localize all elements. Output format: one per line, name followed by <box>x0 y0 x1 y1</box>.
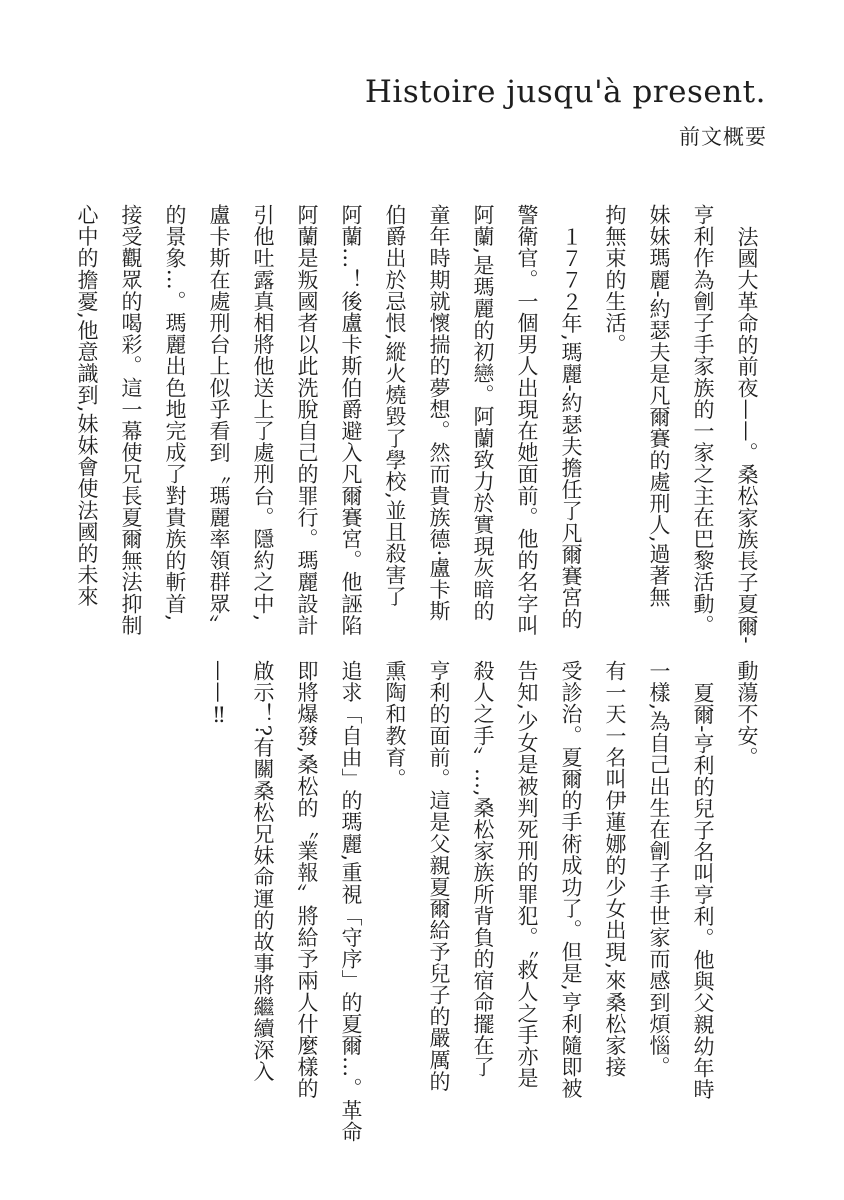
synopsis-column: 心中的擔憂,他意識到,妹妹會使法國的未來 <box>76 204 97 640</box>
page-subtitle: 前文概要 <box>679 121 767 151</box>
page-title: Histoire jusqu'à present. <box>365 74 766 110</box>
synopsis-column: 夏爾-亨利的兒子名叫亨利。他與父親幼年時 <box>692 660 713 1096</box>
synopsis-column: 阿蘭…！後盧卡斯伯爵避入凡爾賽宮。他誣陷 <box>340 204 361 640</box>
synopsis-column: 童年時期就懷揣的夢想。然而貴族德·盧卡斯 <box>428 204 449 640</box>
synopsis-column: 熏陶和教育。 <box>384 660 405 1096</box>
synopsis-lower-block: 動蕩不安。 夏爾-亨利的兒子名叫亨利。他與父親幼年時 一樣,為自己出生在劊子手世… <box>185 660 757 1096</box>
synopsis-column: 盧卡斯在處刑台上似乎看到〝瑪麗率領群眾〞 <box>208 204 229 640</box>
synopsis-column: 法國大革命的前夜——。桑松家族長子夏爾- <box>736 204 757 640</box>
synopsis-column: 阿蘭是叛國者以此洗脫自己的罪行。瑪麗設計 <box>296 204 317 640</box>
synopsis-column: 即將爆發,桑松的〝業報〞將給予兩人什麼樣的 <box>296 660 317 1096</box>
synopsis-column: 阿蘭,是瑪麗的初戀。阿蘭致力於實現灰暗的 <box>472 204 493 640</box>
synopsis-column: 引他吐露真相將他送上了處刑台。隱約之中, <box>252 204 273 640</box>
synopsis-column: 一樣,為自己出生在劊子手世家而感到煩惱。 <box>648 660 669 1096</box>
synopsis-upper-block: 法國大革命的前夜——。桑松家族長子夏爾- 亨利作為劊子手家族的一家之主在巴黎活動… <box>53 204 757 640</box>
synopsis-column: 殺人之手〞…,桑松家族所背負的宿命擺在了 <box>472 660 493 1096</box>
synopsis-column: 啟示！?有關桑松兄妹命運的故事將繼續深入 <box>252 660 273 1096</box>
synopsis-column: 拘無束的生活。 <box>604 204 625 640</box>
synopsis-column: 妹妹瑪麗-約瑟夫是凡爾賽的處刑人,過著無 <box>648 204 669 640</box>
synopsis-column: 亨利的面前。這是父親夏爾給予兒子的嚴厲的 <box>428 660 449 1096</box>
synopsis-column: 亨利作為劊子手家族的一家之主在巴黎活動。 <box>692 204 713 640</box>
synopsis-column: 有一天一名叫伊蓮娜的少女出現,來桑松家接 <box>604 660 625 1096</box>
synopsis-column: 警衛官。一個男人出現在她面前。他的名字叫 <box>516 204 537 640</box>
synopsis-column: 受診治。夏爾的手術成功了。但是,亨利隨即被 <box>560 660 581 1096</box>
synopsis-column: 告知,少女是被判死刑的罪犯。〝救人之手亦是 <box>516 660 537 1096</box>
synopsis-column: 接受觀眾的喝彩。這一幕使兄長夏爾無法抑制 <box>120 204 141 640</box>
synopsis-column: 伯爵出於忌恨,縱火燒毀了學校,並且殺害了 <box>384 204 405 640</box>
synopsis-column: ——‼ <box>208 660 229 1096</box>
synopsis-column: 的景象…。瑪麗出色地完成了對貴族的斬首, <box>164 204 185 640</box>
synopsis-column: 動蕩不安。 <box>736 660 757 1096</box>
synopsis-column: 追求「自由」的瑪麗,重視「守序」的夏爾…。革命 <box>340 660 361 1096</box>
synopsis-column: １７７２年,瑪麗-約瑟夫擔任了凡爾賽宮的 <box>560 204 581 640</box>
